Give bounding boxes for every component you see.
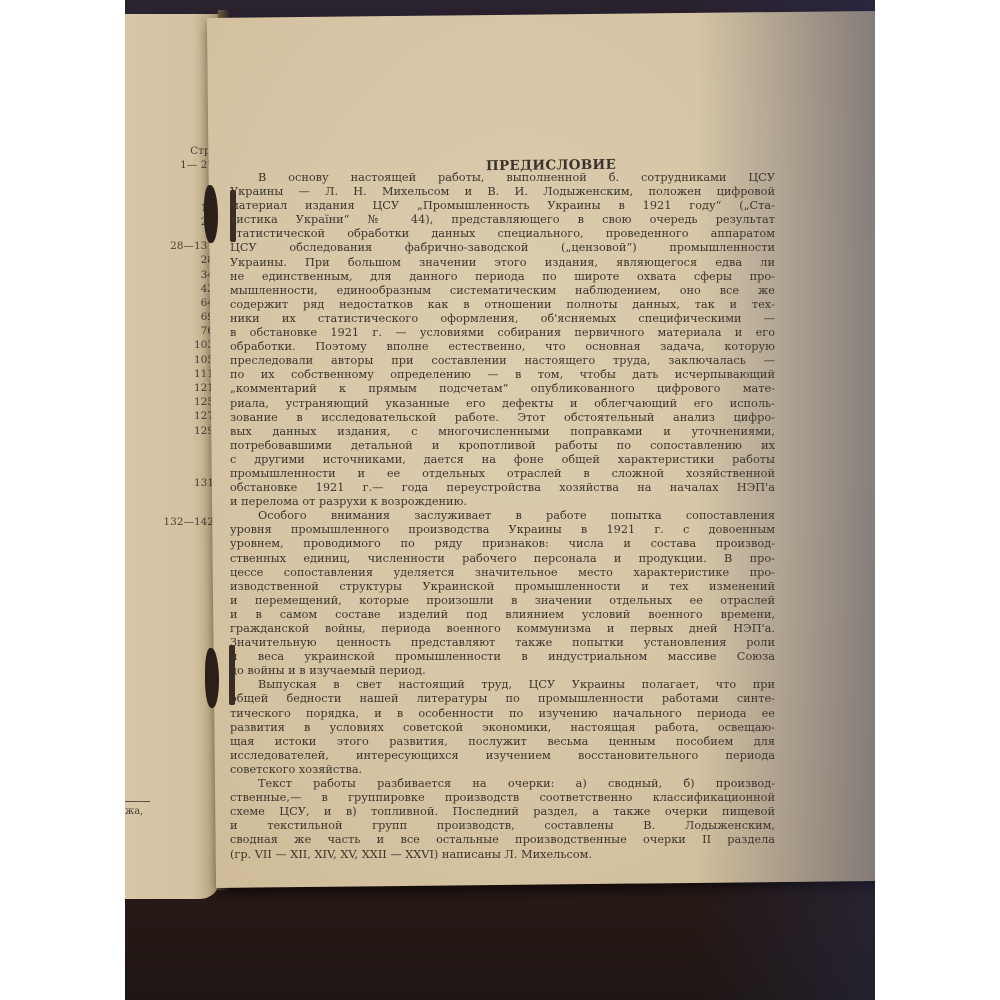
table-of-contents-fragment: Стр.1— 2717192428—1312834436469761031051… (125, 144, 214, 529)
paragraph: Выпуская в свет настоящий труд, ЦСУ Укра… (230, 678, 775, 777)
preface-body: В основу настоящей работы, выполненной б… (230, 171, 775, 862)
toc-page-number: 28 (125, 253, 214, 267)
text-line: тистика України“ № 44), представляющего … (230, 213, 775, 227)
text-line: потребовавшими детальной и кропотливой р… (230, 439, 775, 453)
text-line: ственных единиц, численности рабочего пе… (230, 552, 775, 566)
text-line: в обстановке 1921 г. — условиями собиран… (230, 326, 775, 340)
text-line: по их собственному определению — в том, … (230, 368, 775, 382)
text-line: схеме ЦСУ, и в) топливной. Последний раз… (230, 805, 775, 819)
text-line: сводная же часть и все остальные произво… (230, 833, 775, 847)
text-line: мышленности, единообразным систематическ… (230, 284, 775, 298)
text-line: (гр. VII — XII, XIV, XV, XXII — XXVI) на… (230, 848, 775, 862)
toc-page-number: 1 (125, 172, 214, 186)
paragraph: Текст работы разбивается на очерки: а) с… (230, 777, 775, 862)
toc-page-number: 125 (125, 395, 214, 409)
text-line: „комментарий к прямым подсчетам“ опублик… (230, 382, 775, 396)
text-line: цессе сопоставления уделяется значительн… (230, 566, 775, 580)
text-line: ЦСУ обследования фабрично-заводской („це… (230, 241, 775, 255)
text-line: не единственным, для данного периода по … (230, 270, 775, 284)
text-line: с другими источниками, дается на фоне об… (230, 453, 775, 467)
footnote-divider (125, 801, 150, 802)
toc-page-number: 76 (125, 324, 214, 338)
toc-page-number: 19 (125, 201, 214, 215)
toc-page-number: 43 (125, 282, 214, 296)
toc-page-number: 28—131 (125, 239, 214, 253)
text-line: щая истоки этого развития, послужит весь… (230, 735, 775, 749)
text-line: развития в условиях советской экономики,… (230, 721, 775, 735)
paragraph: В основу настоящей работы, выполненной б… (230, 171, 775, 509)
toc-page-number: 121 (125, 381, 214, 395)
text-line: общей бедности нашей литературы по промы… (230, 692, 775, 706)
text-line: материал издания ЦСУ „Промышленность Укр… (230, 199, 775, 213)
toc-header: Стр. (125, 144, 214, 158)
toc-page-number: 64 (125, 296, 214, 310)
text-line: Текст работы разбивается на очерки: а) с… (230, 777, 775, 791)
text-line: промышленности и ее отдельных отраслей в… (230, 467, 775, 481)
text-line: Украины. При большом значении этого изда… (230, 256, 775, 270)
toc-page-number: 24 (125, 215, 214, 229)
left-page: Стр.1— 2717192428—1312834436469761031051… (125, 14, 220, 899)
text-line: и перемещений, которые произошли в значе… (230, 594, 775, 608)
text-line: Выпуская в свет настоящий труд, ЦСУ Укра… (230, 678, 775, 692)
text-line: и текстильной групп производств, составл… (230, 819, 775, 833)
text-line: содержит ряд недостатков как в отношении… (230, 298, 775, 312)
text-line: ники их статистического оформления, об'я… (230, 312, 775, 326)
text-line: гражданской войны, периода военного комм… (230, 622, 775, 636)
toc-page-number: 7 (125, 187, 214, 201)
toc-page-number: 132—142 (125, 515, 214, 529)
text-line: и перелома от разрухи к возрождению. (230, 495, 775, 509)
text-line: преследовали авторы при составлении наст… (230, 354, 775, 368)
text-line: статистической обработки данных специаль… (230, 227, 775, 241)
text-line: и в самом составе изделий под влиянием у… (230, 608, 775, 622)
text-line: В основу настоящей работы, выполненной б… (230, 171, 775, 185)
text-line: уровнем, проводимого по ряду признаков: … (230, 537, 775, 551)
toc-page-number: 129 (125, 424, 214, 438)
toc-page-number: 111 (125, 367, 214, 381)
text-line: вых данных издания, с многочисленными по… (230, 425, 775, 439)
text-line: изводственной структуры Украинской промы… (230, 580, 775, 594)
toc-page-number: 1— 27 (125, 158, 214, 172)
text-line: ственные,— в группировке производств соо… (230, 791, 775, 805)
toc-page-number: 127 (125, 409, 214, 423)
toc-page-number: 69 (125, 310, 214, 324)
text-line: и веса украинской промышленности в индус… (230, 650, 775, 664)
toc-page-number: 105 (125, 353, 214, 367)
text-line: исследователей, интересующихся изучением… (230, 749, 775, 763)
text-line: зование в исследовательской работе. Этот… (230, 411, 775, 425)
text-line: Украины — Л. Н. Михельсом и В. И. Лодыже… (230, 185, 775, 199)
text-line: риала, устраняющий указанные его дефекты… (230, 397, 775, 411)
toc-page-number: 103 (125, 338, 214, 352)
text-line: тического порядка, и в особенности по из… (230, 707, 775, 721)
text-line: Особого внимания заслуживает в работе по… (230, 509, 775, 523)
text-line: до войны и в изучаемый период. (230, 664, 775, 678)
text-line: советского хозяйства. (230, 763, 775, 777)
paragraph: Особого внимания заслуживает в работе по… (230, 509, 775, 678)
text-line: уровня промышленного производства Украин… (230, 523, 775, 537)
text-line: обстановке 1921 г.— года переустройства … (230, 481, 775, 495)
text-line: обработки. Поэтому вполне естественно, ч… (230, 340, 775, 354)
toc-page-number: 34 (125, 268, 214, 282)
text-line: Значительную ценность представляют также… (230, 636, 775, 650)
toc-page-number: 131 (125, 476, 214, 490)
footnote-fragment: жа, (125, 806, 143, 817)
